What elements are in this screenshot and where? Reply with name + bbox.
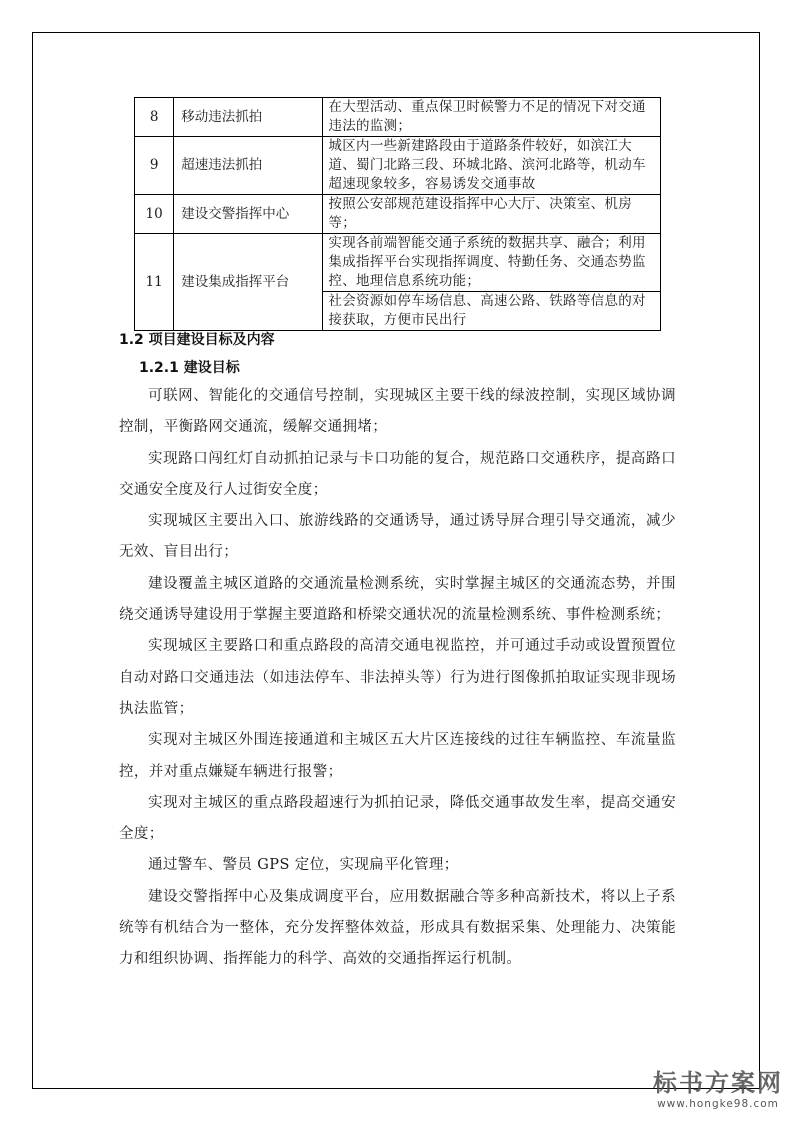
watermark-url: www.hongke98.com bbox=[648, 1097, 788, 1111]
paragraph: 通过警车、警员 GPS 定位，实现扁平化管理； bbox=[119, 850, 676, 881]
paragraph: 可联网、智能化的交通信号控制，实现城区主要干线的绿波控制，实现区域协调控制，平衡… bbox=[119, 381, 676, 444]
item-name: 移动违法抓拍 bbox=[174, 98, 323, 137]
requirements-table: 8 移动违法抓拍 在大型活动、重点保卫时候警力不足的情况下对交通违法的监测； 9… bbox=[134, 97, 661, 331]
paragraph: 实现对主城区的重点路段超速行为抓拍记录，降低交通事故发生率，提高交通安全度； bbox=[119, 788, 676, 851]
row-number: 9 bbox=[135, 137, 174, 195]
item-description: 城区内一些新建路段由于道路条件较好，如滨江大道、蜀门北路三段、环城北路、滨河北路… bbox=[323, 137, 661, 195]
paragraph: 建设覆盖主城区道路的交通流量检测系统，实时掌握主城区的交通流态势，并围绕交通诱导… bbox=[119, 569, 676, 632]
item-description: 按照公安部规范建设指挥中心大厅、决策室、机房等； bbox=[323, 195, 661, 234]
section-heading: 1.2 项目建设目标及内容 bbox=[119, 329, 275, 351]
row-number: 10 bbox=[135, 195, 174, 234]
table-row: 10 建设交警指挥中心 按照公安部规范建设指挥中心大厅、决策室、机房等； bbox=[135, 195, 661, 234]
item-description: 实现各前端智能交通子系统的数据共享、融合；利用集成指挥平台实现指挥调度、特勤任务… bbox=[323, 234, 661, 292]
watermark: 标书方案网 www.hongke98.com bbox=[648, 1069, 788, 1111]
item-description: 在大型活动、重点保卫时候警力不足的情况下对交通违法的监测； bbox=[323, 98, 661, 137]
row-number: 11 bbox=[135, 234, 174, 331]
table-row: 9 超速违法抓拍 城区内一些新建路段由于道路条件较好，如滨江大道、蜀门北路三段、… bbox=[135, 137, 661, 195]
watermark-title: 标书方案网 bbox=[648, 1069, 788, 1097]
paragraph: 实现路口闯红灯自动抓拍记录与卡口功能的复合，规范路口交通秩序，提高路口交通安全度… bbox=[119, 444, 676, 507]
table-row: 11 建设集成指挥平台 实现各前端智能交通子系统的数据共享、融合；利用集成指挥平… bbox=[135, 234, 661, 292]
paragraph: 实现对主城区外围连接通道和主城区五大片区连接线的过往车辆监控、车流量监控，并对重… bbox=[119, 725, 676, 788]
paragraph: 实现城区主要出入口、旅游线路的交通诱导，通过诱导屏合理引导交通流，减少无效、盲目… bbox=[119, 506, 676, 569]
item-name: 建设集成指挥平台 bbox=[174, 234, 323, 331]
paragraph: 实现城区主要路口和重点路段的高清交通电视监控，并可通过手动或设置预置位自动对路口… bbox=[119, 631, 676, 725]
item-description: 社会资源如停车场信息、高速公路、铁路等信息的对接获取，方便市民出行 bbox=[323, 292, 661, 331]
item-name: 建设交警指挥中心 bbox=[174, 195, 323, 234]
item-name: 超速违法抓拍 bbox=[174, 137, 323, 195]
row-number: 8 bbox=[135, 98, 174, 137]
paragraph: 建设交警指挥中心及集成调度平台，应用数据融合等多种高新技术，将以上子系统等有机结… bbox=[119, 882, 676, 976]
subsection-heading: 1.2.1 建设目标 bbox=[139, 357, 240, 379]
table-row: 8 移动违法抓拍 在大型活动、重点保卫时候警力不足的情况下对交通违法的监测； bbox=[135, 98, 661, 137]
body-text: 可联网、智能化的交通信号控制，实现城区主要干线的绿波控制，实现区域协调控制，平衡… bbox=[119, 381, 676, 976]
